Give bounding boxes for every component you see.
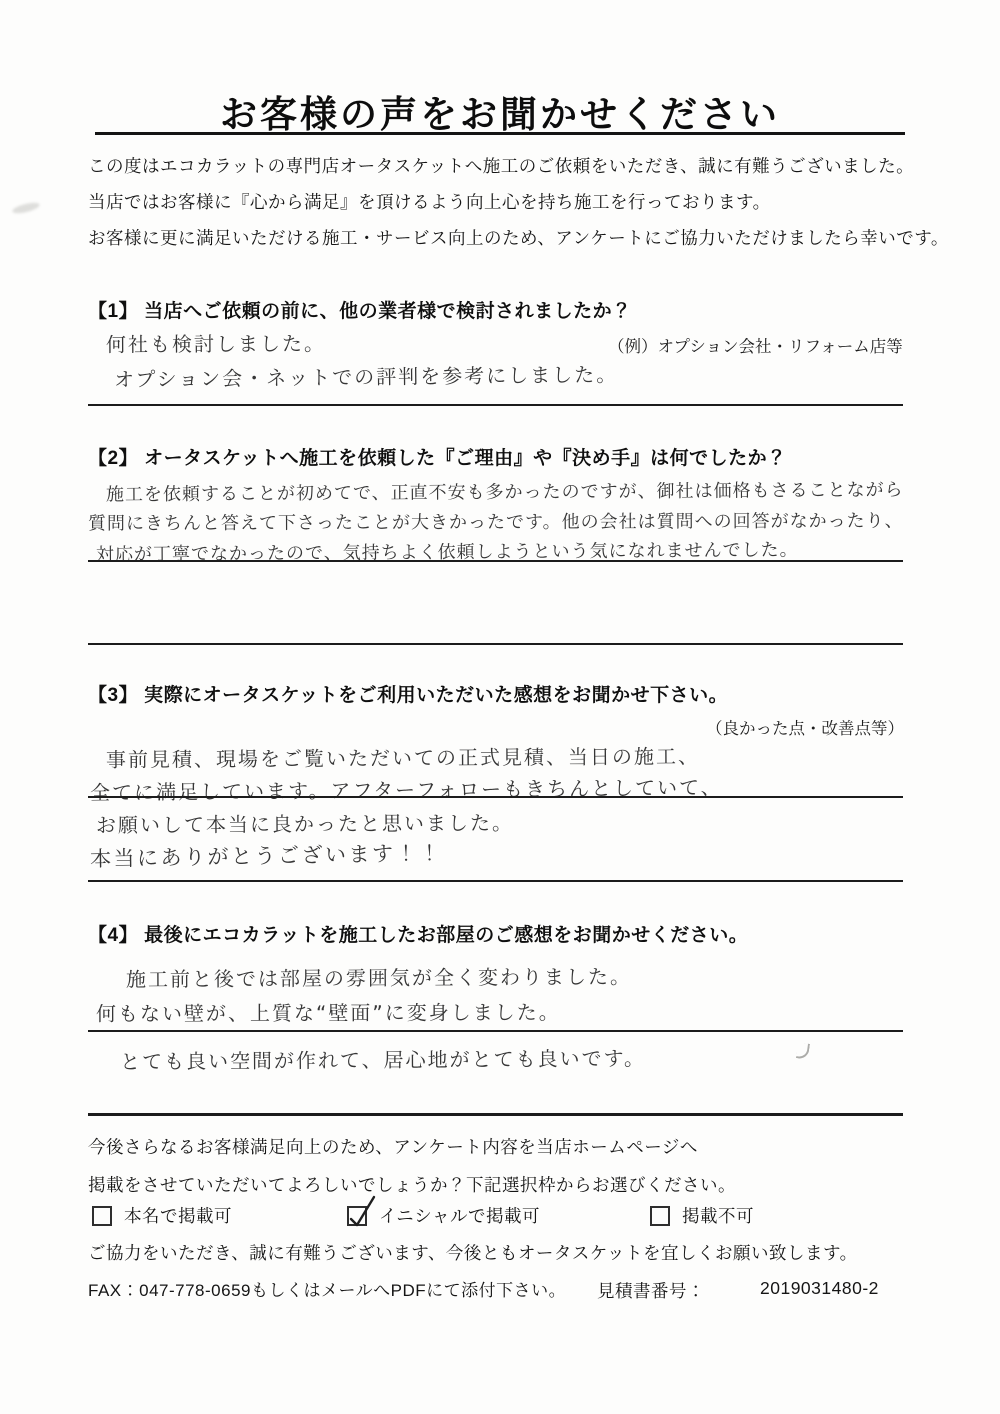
fax-instruction: FAX：047-778-0659もしくはメールへPDFにて添付下さい。: [88, 1276, 566, 1301]
stray-pen-mark: [796, 1042, 810, 1060]
scan-smudge-artifact: [11, 201, 40, 216]
question-2-answer-line-2: 質問にきちんと答えて下さったことが大きかったです。他の会社は質問への回答がなかっ…: [88, 507, 904, 536]
question-1-answer-line-2: オプション会・ネットでの評判を参考にしました。: [114, 358, 618, 392]
intro-line-1: この度はエコカラットの専門店オータスケットへ施工のご依頼をいただき、誠に有難うご…: [88, 153, 914, 178]
section-divider-1: [88, 404, 903, 406]
answer-rule-2: [88, 560, 903, 562]
question-4-text: 最後にエコカラットを施工したお部屋のご感想をお聞かせください。: [144, 925, 748, 946]
page-title: お客様の声をお聞かせください: [0, 84, 1000, 138]
title-underline: [95, 132, 905, 135]
question-1-header: 【1】当店へご依頼の前に、他の業者様で検討されましたか？: [88, 296, 632, 323]
checkbox-label-real-name: 本名で掲載可: [124, 1206, 232, 1226]
question-4-answer-line-1: 施工前と後では部屋の雰囲気が全く変わりました。: [126, 960, 632, 992]
question-3-header: 【3】実際にオータスケットをご利用いただいた感想をお聞かせ下さい。: [88, 680, 728, 707]
checkbox-option-no-publish[interactable]: 掲載不可: [650, 1203, 754, 1229]
question-2-text: オータスケットへ施工を依頼した『ご理由』や『決め手』は何でしたか？: [144, 448, 787, 469]
publish-consent-line-2: 掲載をさせていただいてよろしいでしょうか？下記選択枠からお選びください。: [88, 1172, 736, 1197]
question-1-example-hint: （例）オプション会社・リフォーム店等: [608, 333, 903, 357]
question-2-header: 【2】オータスケットへ施工を依頼した『ご理由』や『決め手』は何でしたか？: [88, 443, 787, 470]
quote-number-label: 見積書番号：: [597, 1278, 705, 1303]
question-3-answer-line-3: お願いして本当に良かったと思いました。: [96, 807, 514, 839]
question-1-answer-line-1: 何社も検討しました。: [106, 327, 326, 357]
question-3-answer-line-1: 事前見積、現場をご覧いただいての正式見積、当日の施工、: [106, 740, 700, 773]
checkbox-square-no-publish[interactable]: [650, 1206, 670, 1226]
intro-line-3: お客様に更に満足いただける施工・サービス向上のため、アンケートにご協力いただけま…: [88, 225, 949, 250]
checkbox-option-initial[interactable]: イニシャルで掲載可: [347, 1203, 540, 1229]
section-divider-4: [88, 1113, 903, 1116]
handwritten-checkmark-icon: [346, 1191, 380, 1229]
question-3-note-hint: （良かった点・改善点等）: [706, 715, 904, 739]
question-1-text: 当店へご依頼の前に、他の業者様で検討されましたか？: [144, 301, 632, 322]
fax-and-quote-row: FAX：047-778-0659もしくはメールへPDFにて添付下さい。 見積書番…: [0, 1276, 1000, 1306]
question-1-number: 【1】: [88, 301, 138, 322]
answer-rule-3: [88, 796, 903, 798]
question-3-answer-line-2: 全てに満足しています。アフターフォローもきちんとしていて、: [90, 771, 723, 806]
question-4-answer-line-3: とても良い空間が作れて、居心地がとても良いです。: [120, 1042, 646, 1075]
question-4-header: 【4】最後にエコカラットを施工したお部屋のご感想をお聞かせください。: [88, 920, 748, 947]
question-3-number: 【3】: [88, 685, 138, 706]
checkbox-square-real-name[interactable]: [92, 1206, 112, 1226]
checkbox-label-initial: イニシャルで掲載可: [379, 1206, 540, 1226]
answer-rule-4: [88, 1030, 903, 1032]
publish-consent-line-1: 今後さらなるお客様満足向上のため、アンケート内容を当店ホームページへ: [88, 1134, 698, 1159]
checkbox-square-initial[interactable]: [347, 1206, 367, 1226]
question-2-number: 【2】: [88, 448, 138, 469]
checkbox-label-no-publish: 掲載不可: [682, 1206, 754, 1226]
question-4-number: 【4】: [88, 925, 138, 946]
question-3-answer-line-4: 本当にありがとうございます！！: [90, 837, 443, 873]
section-divider-2: [88, 643, 903, 645]
survey-document: お客様の声をお聞かせください この度はエコカラットの専門店オータスケットへ施工の…: [0, 0, 1000, 1414]
question-4-answer-line-2: 何もない壁が、上質な“壁面”に変身しました。: [96, 996, 561, 1027]
checkbox-option-real-name[interactable]: 本名で掲載可: [92, 1203, 232, 1229]
question-2-answer-line-1: 施工を依頼することが初めてで、正直不安も多かったのですが、御社は価格もさることな…: [106, 476, 904, 507]
section-divider-3: [88, 880, 903, 882]
question-3-text: 実際にオータスケットをご利用いただいた感想をお聞かせ下さい。: [144, 685, 728, 706]
quote-number-value: 2019031480-2: [760, 1278, 879, 1299]
thanks-line: ご協力をいただき、誠に有難うございます、今後ともオータスケットを宜しくお願い致し…: [88, 1240, 858, 1265]
intro-line-2: 当店ではお客様に『心から満足』を頂けるよう向上心を持ち施工を行っております。: [88, 189, 771, 214]
